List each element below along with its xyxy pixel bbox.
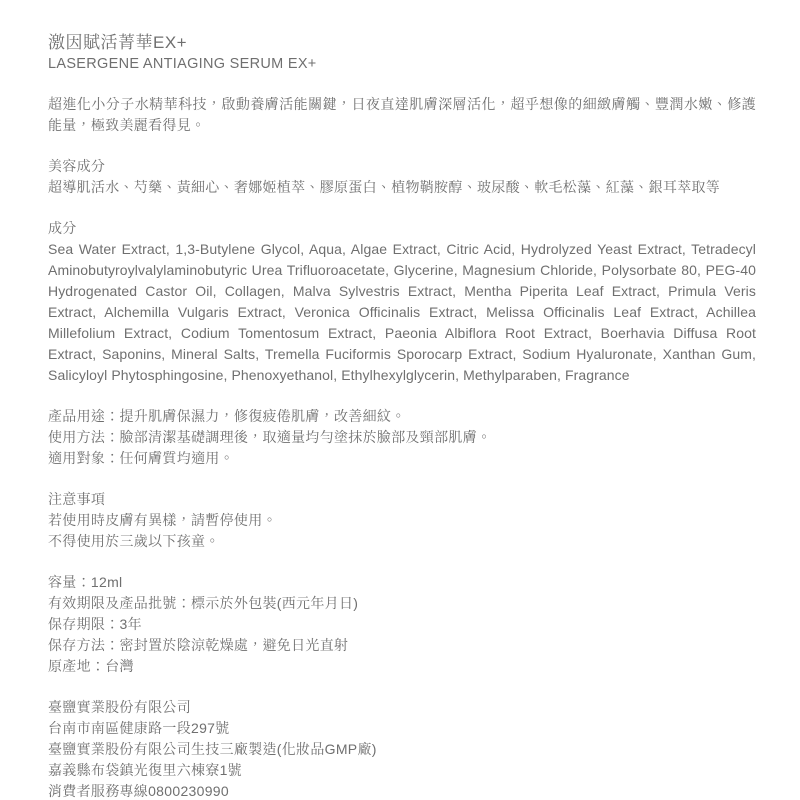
caution-line: 不得使用於三歲以下孩童。 (48, 531, 756, 552)
product-info-page: 激因賦活菁華EX+ LASERGENE ANTIAGING SERUM EX+ … (0, 0, 800, 800)
usage-target: 適用對象：任何膚質均適用。 (48, 448, 756, 469)
usage-purpose: 產品用途：提升肌膚保濕力，修復疲倦肌膚，改善細紋。 (48, 406, 756, 427)
service-hotline: 消費者服務專線0800230990 (48, 781, 756, 800)
factory-address: 嘉義縣布袋鎮光復里六棟寮1號 (48, 760, 756, 781)
spec-origin: 原產地：台灣 (48, 656, 756, 677)
spec-expiry-batch: 有效期限及產品批號：標示於外包裝(西元年月日) (48, 593, 756, 614)
product-info-content: 激因賦活菁華EX+ LASERGENE ANTIAGING SERUM EX+ … (48, 32, 756, 800)
cautions-heading: 注意事項 (48, 489, 756, 510)
company-address: 台南市南區健康路一段297號 (48, 718, 756, 739)
beauty-ingredients-section: 美容成分 超導肌活水、芍藥、黃細心、奢娜姬植萃、膠原蛋白、植物鞘胺醇、玻尿酸、軟… (48, 156, 756, 198)
usage-section: 產品用途：提升肌膚保濕力，修復疲倦肌膚，改善細紋。 使用方法：臉部清潔基礎調理後… (48, 406, 756, 469)
beauty-ingredients-heading: 美容成分 (48, 156, 756, 177)
beauty-ingredients-body: 超導肌活水、芍藥、黃細心、奢娜姬植萃、膠原蛋白、植物鞘胺醇、玻尿酸、軟毛松藻、紅… (48, 177, 756, 198)
spec-storage: 保存方法：密封置於陰涼乾燥處，避免日光直射 (48, 635, 756, 656)
cautions-section: 注意事項 若使用時皮膚有異樣，請暫停使用。 不得使用於三歲以下孩童。 (48, 489, 756, 552)
factory-name: 臺鹽實業股份有限公司生技三廠製造(化妝品GMP廠) (48, 739, 756, 760)
product-intro: 超進化小分子水精華科技，啟動養膚活能關鍵，日夜直達肌膚深層活化，超乎想像的細緻膚… (48, 94, 756, 136)
ingredients-section: 成分 Sea Water Extract, 1,3-Butylene Glyco… (48, 218, 756, 386)
intro-section: 超進化小分子水精華科技，啟動養膚活能關鍵，日夜直達肌膚深層活化，超乎想像的細緻膚… (48, 94, 756, 136)
caution-line: 若使用時皮膚有異樣，請暫停使用。 (48, 510, 756, 531)
company-name: 臺鹽實業股份有限公司 (48, 697, 756, 718)
product-title-zh: 激因賦活菁華EX+ (48, 32, 756, 54)
product-title-en: LASERGENE ANTIAGING SERUM EX+ (48, 54, 756, 74)
company-section: 臺鹽實業股份有限公司 台南市南區健康路一段297號 臺鹽實業股份有限公司生技三廠… (48, 697, 756, 800)
spec-volume: 容量：12ml (48, 572, 756, 593)
specs-section: 容量：12ml 有效期限及產品批號：標示於外包裝(西元年月日) 保存期限：3年 … (48, 572, 756, 677)
spec-shelf-life: 保存期限：3年 (48, 614, 756, 635)
usage-method: 使用方法：臉部清潔基礎調理後，取適量均勻塗抹於臉部及頸部肌膚。 (48, 427, 756, 448)
ingredients-heading: 成分 (48, 218, 756, 239)
ingredients-body: Sea Water Extract, 1,3-Butylene Glycol, … (48, 239, 756, 386)
